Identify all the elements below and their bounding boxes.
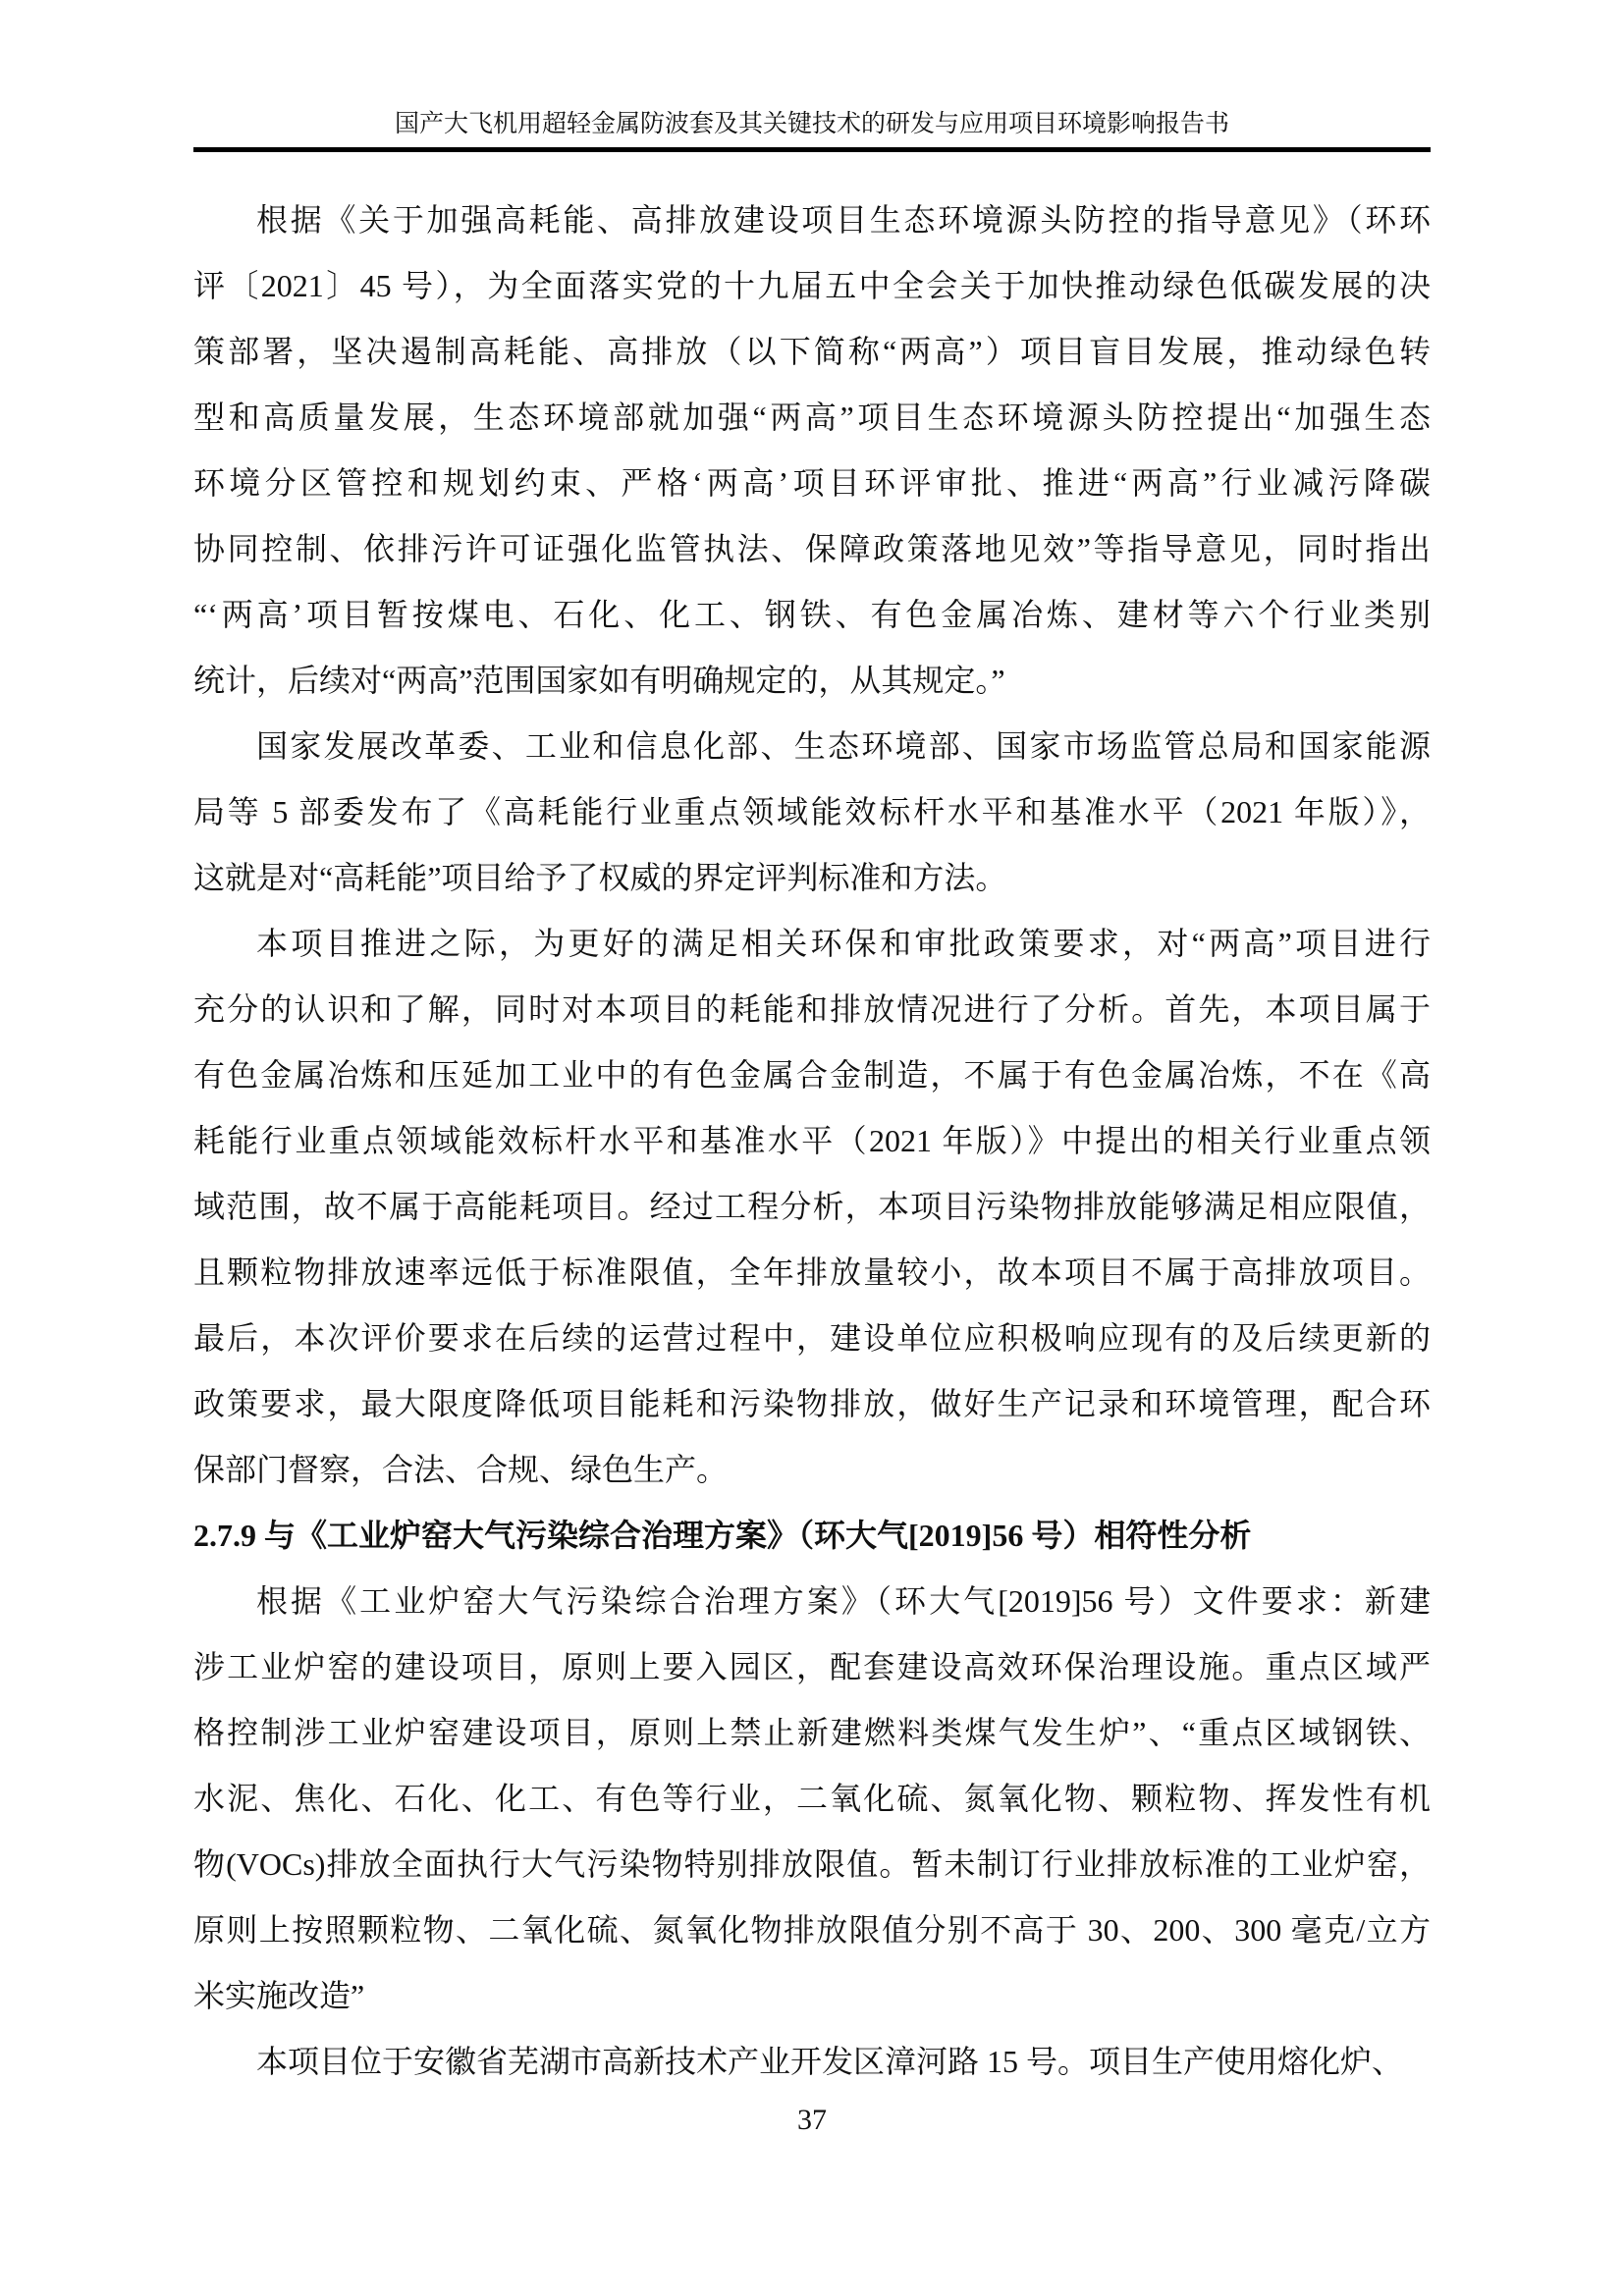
text-line: 保部门督察，合法、合规、绿色生产。 — [193, 1437, 1431, 1503]
text-line: 水泥、焦化、石化、化工、有色等行业，二氧化硫、氮氧化物、颗粒物、挥发性有机 — [193, 1766, 1431, 1832]
text-line: 协同控制、依排污许可证强化监管执法、保障政策落地见效”等指导意见，同时指出 — [193, 516, 1431, 582]
text-line: 环境分区管控和规划约束、严格‘两高’项目环评审批、推进“两高”行业减污降碳 — [193, 451, 1431, 516]
text-line: 这就是对“高耗能”项目给予了权威的界定评判标准和方法。 — [193, 845, 1431, 911]
text-line: 统计，后续对“两高”范围国家如有明确规定的，从其规定。” — [193, 648, 1431, 714]
text-line: 政策要求，最大限度降低项目能耗和污染物排放，做好生产记录和环境管理，配合环 — [193, 1371, 1431, 1437]
text-line: 域范围，故不属于高能耗项目。经过工程分析，本项目污染物排放能够满足相应限值， — [193, 1174, 1431, 1240]
text-line: 物(VOCs)排放全面执行大气污染物特别排放限值。暂未制订行业排放标准的工业炉窑… — [193, 1832, 1431, 1897]
text-line: 本项目推进之际，为更好的满足相关环保和审批政策要求，对“两高”项目进行 — [193, 911, 1431, 977]
text-line: 评〔2021〕45 号），为全面落实党的十九届五中全会关于加快推动绿色低碳发展的… — [193, 253, 1431, 319]
text-line: 充分的认识和了解，同时对本项目的耗能和排放情况进行了分析。首先，本项目属于 — [193, 977, 1431, 1042]
text-line: 国家发展改革委、工业和信息化部、生态环境部、国家市场监管总局和国家能源 — [193, 714, 1431, 779]
text-line: 局等 5 部委发布了《高耗能行业重点领域能效标杆水平和基准水平（2021 年版）… — [193, 779, 1431, 845]
page-body: 根据《关于加强高耗能、高排放建设项目生态环境源头防控的指导意见》（环环评〔202… — [193, 187, 1431, 2095]
text-line: 涉工业炉窑的建设项目，原则上要入园区，配套建设高效环保治理设施。重点区域严 — [193, 1634, 1431, 1700]
text-line: 格控制涉工业炉窑建设项目，原则上禁止新建燃料类煤气发生炉”、“重点区域钢铁、 — [193, 1700, 1431, 1766]
text-line: 本项目位于安徽省芜湖市高新技术产业开发区漳河路 15 号。项目生产使用熔化炉、 — [193, 2029, 1431, 2095]
text-line: 米实施改造” — [193, 1963, 1431, 2029]
text-line: 型和高质量发展，生态环境部就加强“两高”项目生态环境源头防控提出“加强生态 — [193, 385, 1431, 451]
text-line: “‘两高’项目暂按煤电、石化、化工、钢铁、有色金属冶炼、建材等六个行业类别 — [193, 582, 1431, 648]
document-page: 国产大飞机用超轻金属防波套及其关键技术的研发与应用项目环境影响报告书 根据《关于… — [0, 0, 1624, 2296]
section-heading: 2.7.9 与《工业炉窑大气污染综合治理方案》（环大气[2019]56 号）相符… — [193, 1503, 1431, 1569]
text-line: 最后，本次评价要求在后续的运营过程中，建设单位应积极响应现有的及后续更新的 — [193, 1306, 1431, 1371]
text-line: 耗能行业重点领域能效标杆水平和基准水平（2021 年版）》中提出的相关行业重点领 — [193, 1108, 1431, 1174]
text-line: 原则上按照颗粒物、二氧化硫、氮氧化物排放限值分别不高于 30、200、300 毫… — [193, 1897, 1431, 1963]
text-line: 且颗粒物排放速率远低于标准限值，全年排放量较小，故本项目不属于高排放项目。 — [193, 1240, 1431, 1306]
page-number: 37 — [193, 2102, 1431, 2139]
text-line: 有色金属冶炼和压延加工业中的有色金属合金制造，不属于有色金属冶炼，不在《高 — [193, 1042, 1431, 1108]
header-rule-divider — [193, 147, 1431, 152]
running-header-title: 国产大飞机用超轻金属防波套及其关键技术的研发与应用项目环境影响报告书 — [193, 110, 1431, 139]
text-line: 策部署，坚决遏制高耗能、高排放（以下简称“两高”）项目盲目发展，推动绿色转 — [193, 319, 1431, 385]
text-line: 根据《关于加强高耗能、高排放建设项目生态环境源头防控的指导意见》（环环 — [193, 187, 1431, 253]
text-line: 根据《工业炉窑大气污染综合治理方案》（环大气[2019]56 号）文件要求：新建 — [193, 1569, 1431, 1634]
